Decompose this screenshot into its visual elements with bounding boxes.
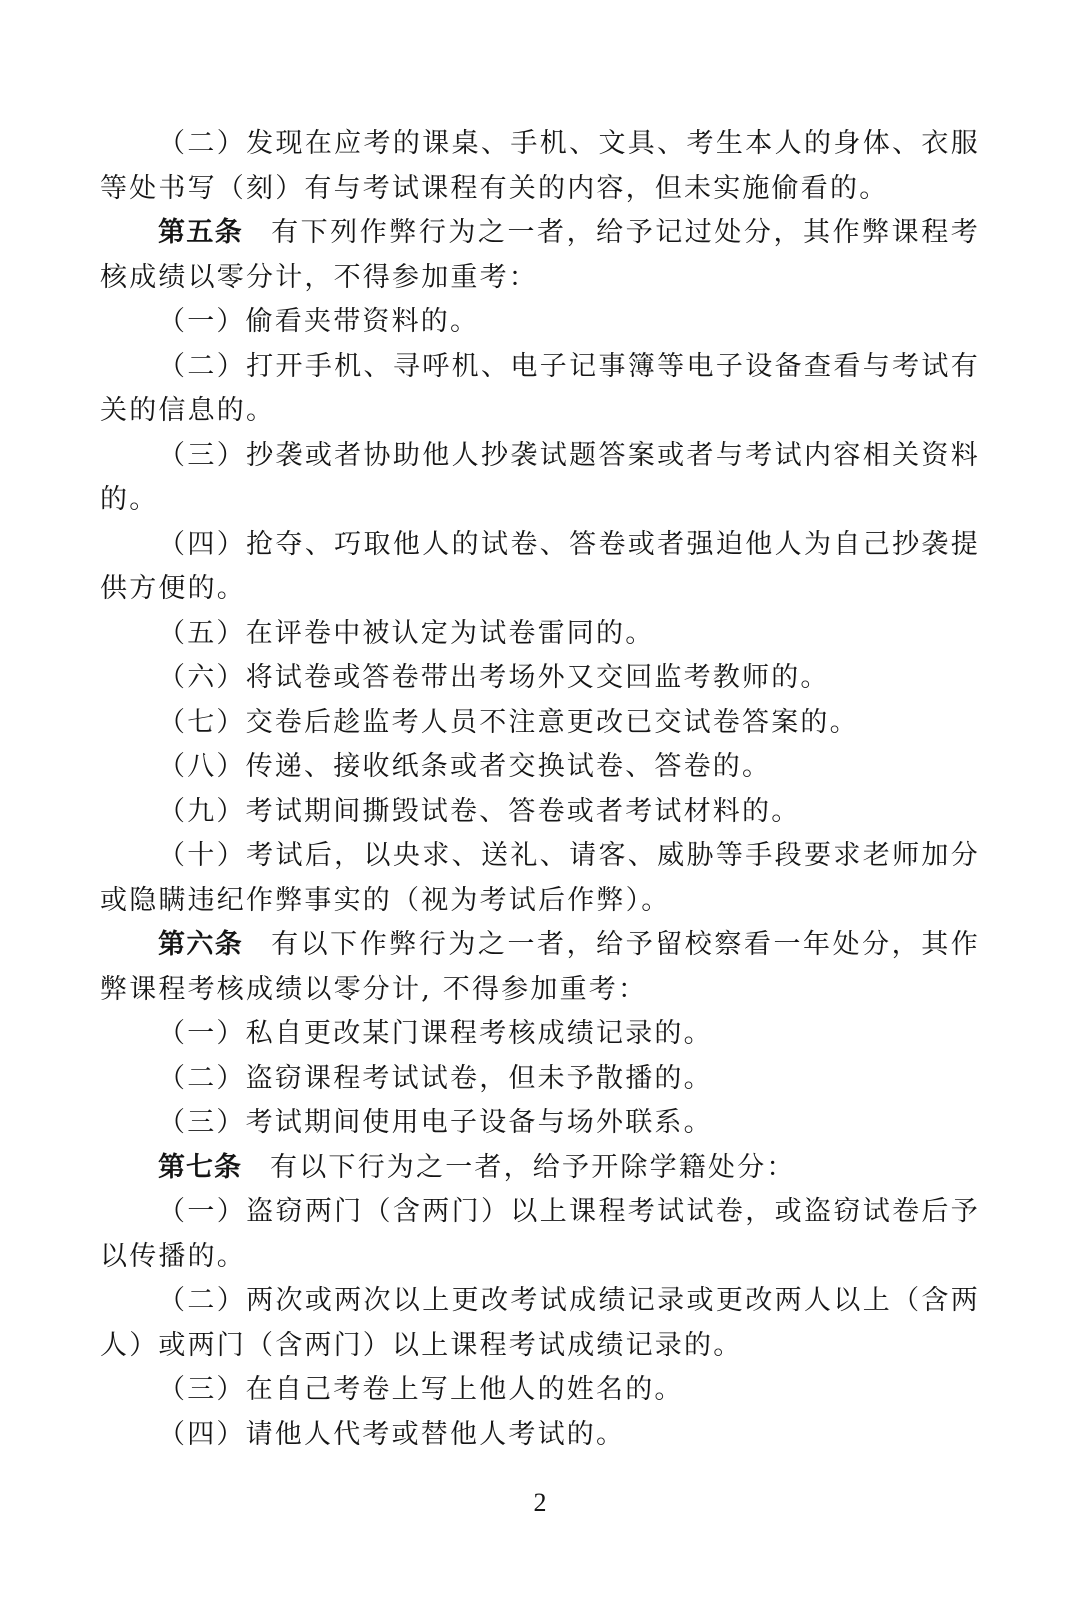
item-paragraph: （二）打开手机、寻呼机、电子记事簿等电子设备查看与考试有关的信息的。 bbox=[100, 345, 980, 434]
item-paragraph: （二）发现在应考的课桌、手机、文具、考生本人的身体、衣服等处书写（刻）有与考试课… bbox=[100, 122, 980, 211]
article-paragraph-7: 第七条有以下行为之一者，给予开除学籍处分： bbox=[100, 1146, 980, 1191]
item-paragraph: （二）盗窃课程考试试卷，但未予散播的。 bbox=[100, 1057, 980, 1102]
item-paragraph: （六）将试卷或答卷带出考场外又交回监考教师的。 bbox=[100, 656, 980, 701]
item-paragraph: （三）考试期间使用电子设备与场外联系。 bbox=[100, 1101, 980, 1146]
article-heading: 第七条 bbox=[158, 1152, 242, 1183]
item-paragraph: （九）考试期间撕毁试卷、答卷或者考试材料的。 bbox=[100, 790, 980, 835]
article-paragraph-5: 第五条有下列作弊行为之一者，给予记过处分，其作弊课程考核成绩以零分计，不得参加重… bbox=[100, 211, 980, 300]
item-paragraph: （一）私自更改某门课程考核成绩记录的。 bbox=[100, 1012, 980, 1057]
item-paragraph: （二）两次或两次以上更改考试成绩记录或更改两人以上（含两人）或两门（含两门）以上… bbox=[100, 1279, 980, 1368]
page-number: 2 bbox=[0, 1488, 1080, 1518]
item-paragraph: （四）抢夺、巧取他人的试卷、答卷或者强迫他人为自己抄袭提供方便的。 bbox=[100, 523, 980, 612]
item-paragraph: （一）盗窃两门（含两门）以上课程考试试卷，或盗窃试卷后予以传播的。 bbox=[100, 1190, 980, 1279]
article-paragraph-6: 第六条有以下作弊行为之一者，给予留校察看一年处分，其作弊课程考核成绩以零分计, … bbox=[100, 923, 980, 1012]
item-paragraph: （十）考试后，以央求、送礼、请客、威胁等手段要求老师加分或隐瞒违纪作弊事实的（视… bbox=[100, 834, 980, 923]
item-paragraph: （五）在评卷中被认定为试卷雷同的。 bbox=[100, 612, 980, 657]
article-heading: 第五条 bbox=[158, 217, 243, 248]
item-paragraph: （八）传递、接收纸条或者交换试卷、答卷的。 bbox=[100, 745, 980, 790]
article-text: 有以下行为之一者，给予开除学籍处分： bbox=[270, 1152, 796, 1183]
article-heading: 第六条 bbox=[158, 929, 243, 960]
item-paragraph: （一）偷看夹带资料的。 bbox=[100, 300, 980, 345]
item-paragraph: （三）在自己考卷上写上他人的姓名的。 bbox=[100, 1368, 980, 1413]
item-paragraph: （四）请他人代考或替他人考试的。 bbox=[100, 1413, 980, 1458]
document-page: （二）发现在应考的课桌、手机、文具、考生本人的身体、衣服等处书写（刻）有与考试课… bbox=[100, 122, 980, 1457]
item-paragraph: （七）交卷后趁监考人员不注意更改已交试卷答案的。 bbox=[100, 701, 980, 746]
item-paragraph: （三）抄袭或者协助他人抄袭试题答案或者与考试内容相关资料的。 bbox=[100, 434, 980, 523]
